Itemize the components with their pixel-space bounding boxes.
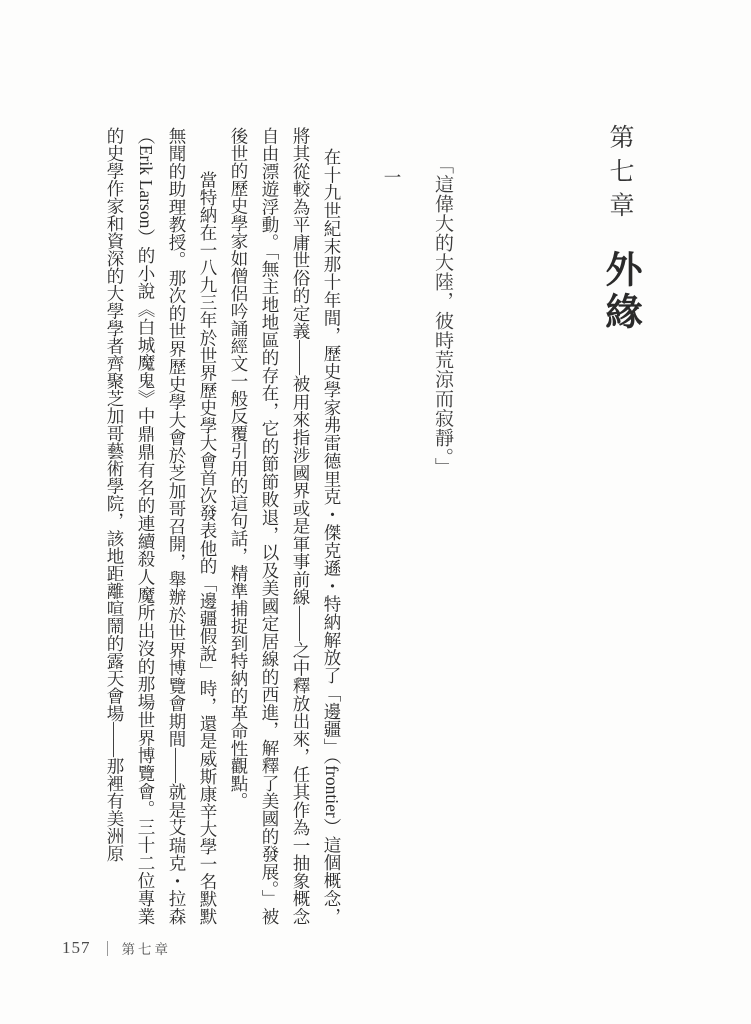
- footer-chapter-label: 第七章: [122, 938, 172, 958]
- page-number: 157: [62, 938, 91, 958]
- epigraph-quote: 「這偉大的大陸，彼時荒涼而寂靜。」: [429, 155, 456, 477]
- chapter-heading: 第七章 外緣: [592, 124, 646, 334]
- page-footer: 157 第七章: [62, 938, 171, 958]
- body-text-block: 在十九世紀末那十年間，歷史學家弗雷德里克・傑克遜・特納解放了「邊疆」（front…: [99, 127, 347, 925]
- chapter-number-label: 第七章: [606, 124, 633, 226]
- section-number: 一: [380, 168, 405, 186]
- paragraph-1: 在十九世紀末那十年間，歷史學家弗雷德里克・傑克遜・特納解放了「邊疆」（front…: [223, 127, 347, 925]
- paragraph-2: 當特納在一八九三年於世界歷史學大會首次發表他的「邊疆假說」時，還是威斯康辛大學一…: [99, 127, 223, 925]
- chapter-title: 外緣: [599, 250, 640, 334]
- footer-divider: [107, 941, 108, 956]
- book-page: 第七章 外緣 「這偉大的大陸，彼時荒涼而寂靜。」 一 在十九世紀末那十年間，歷史…: [0, 0, 751, 1024]
